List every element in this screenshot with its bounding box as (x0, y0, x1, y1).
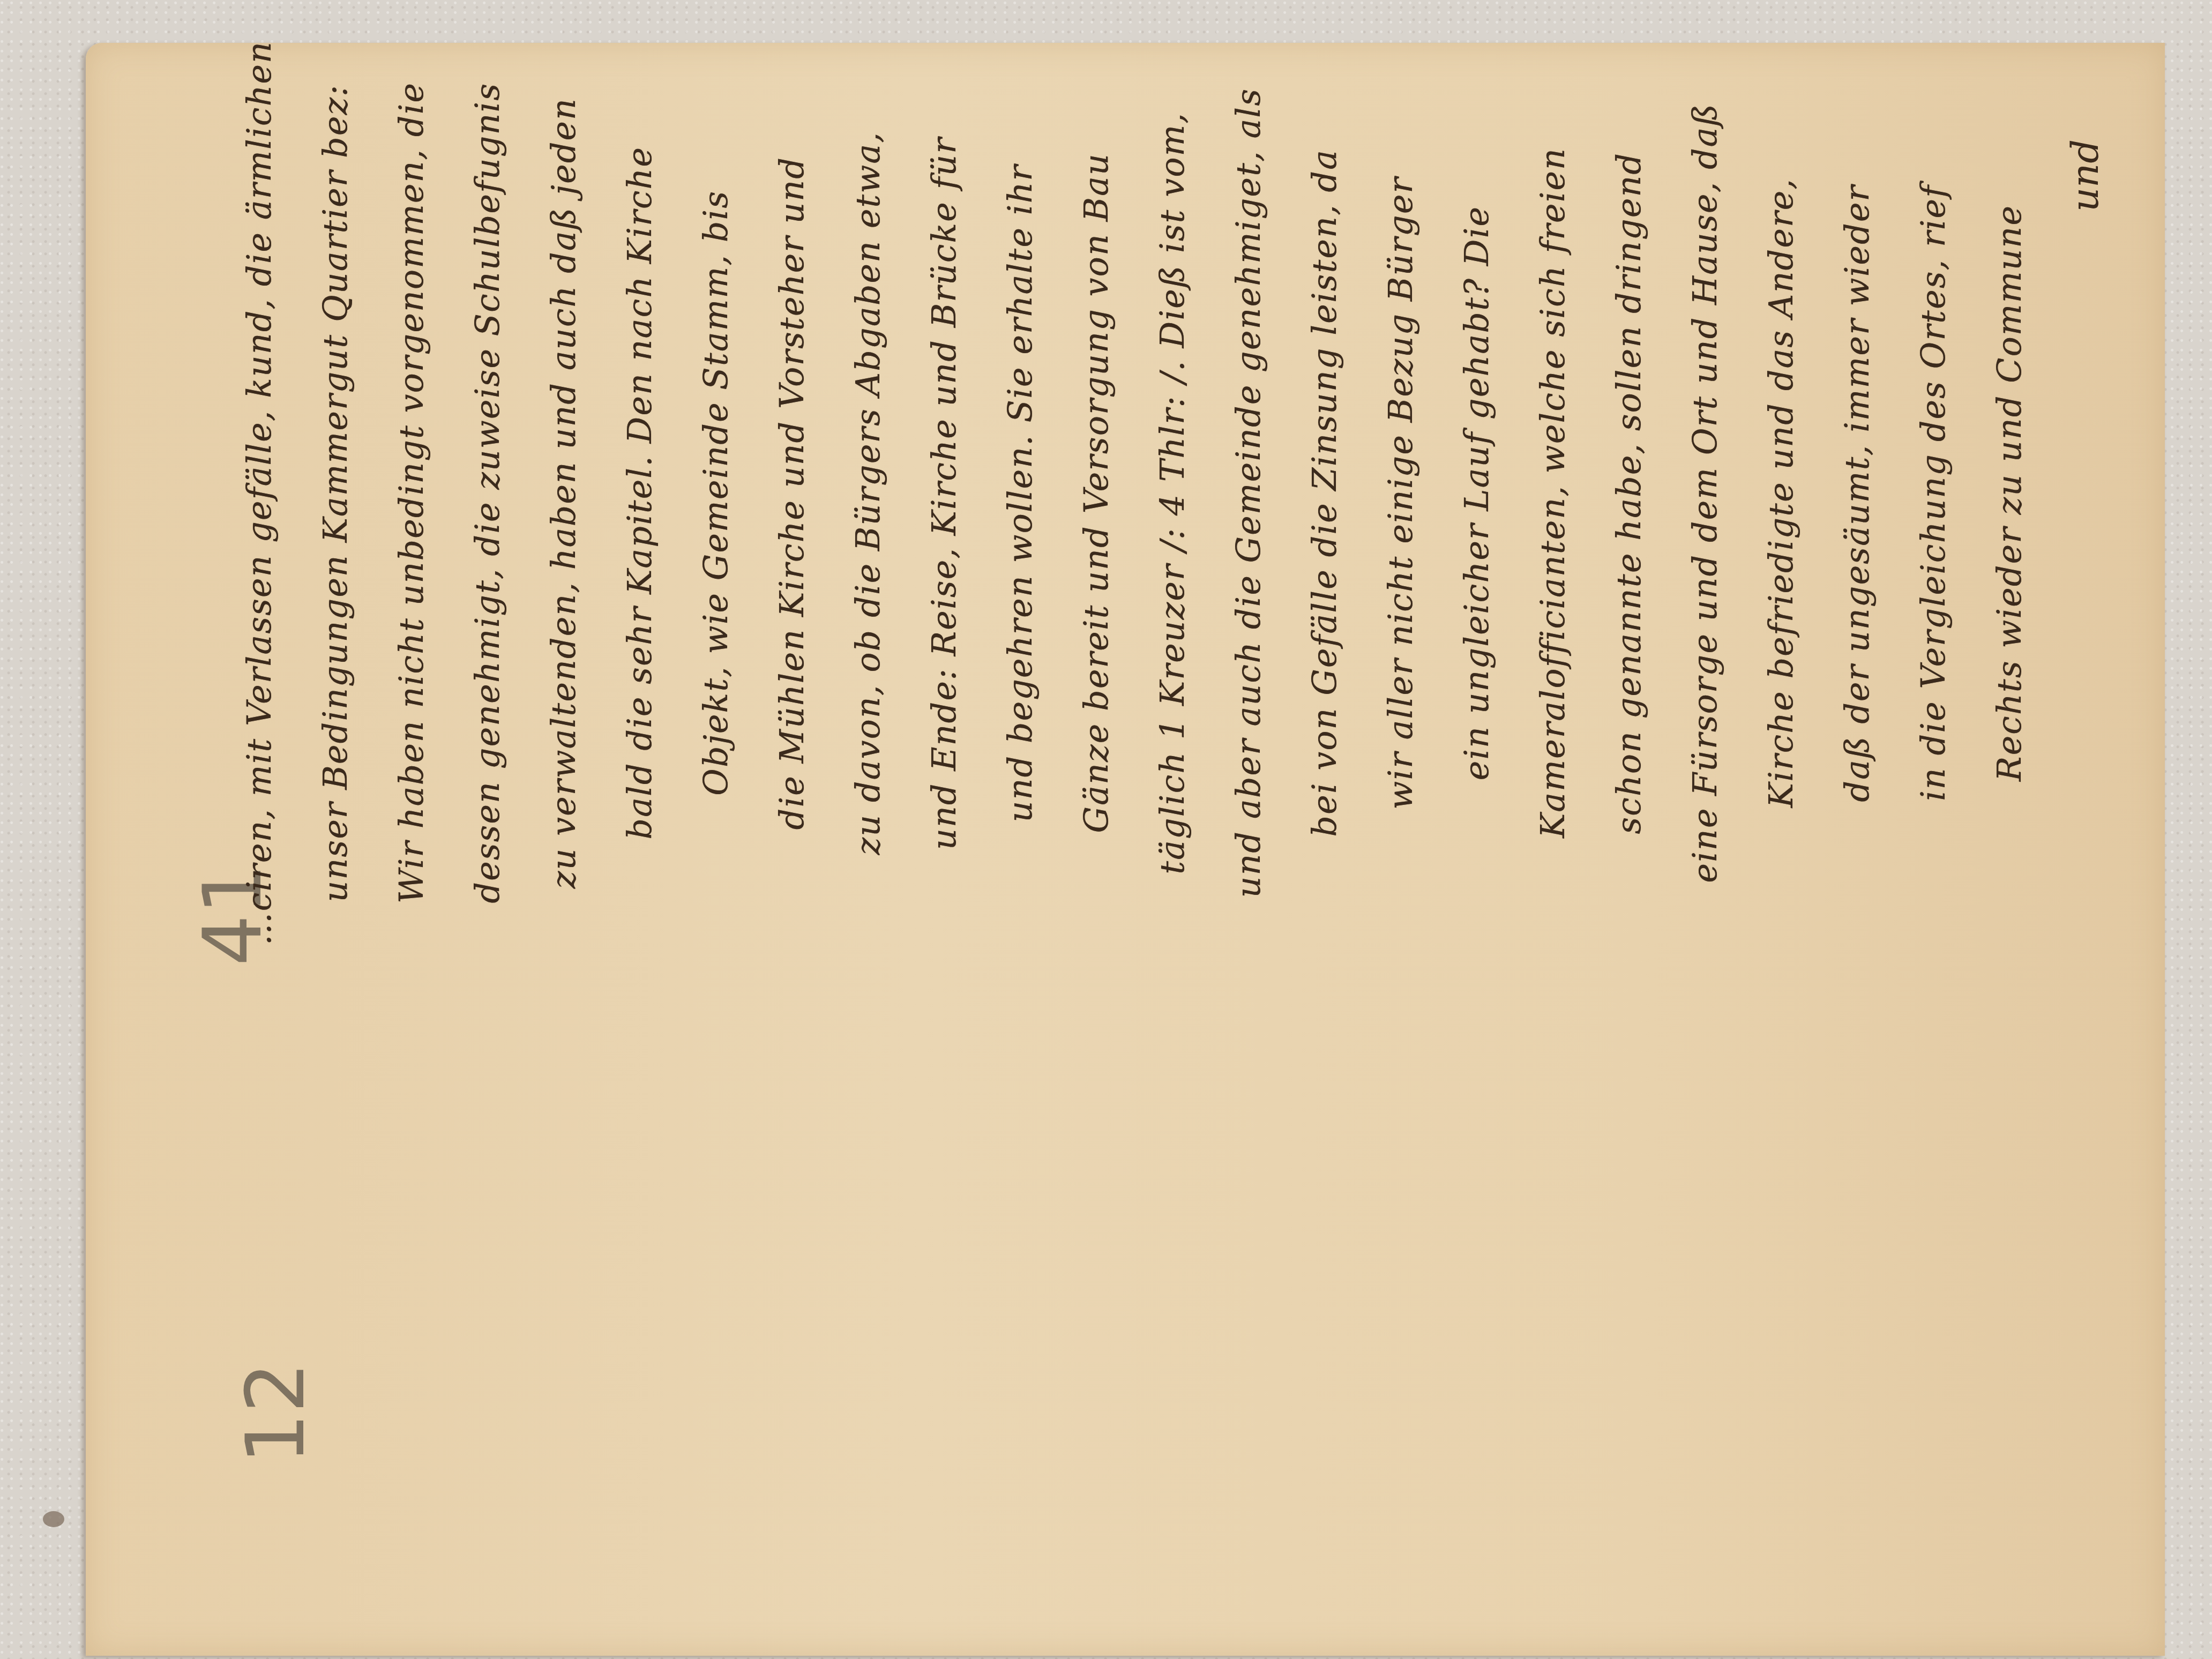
manuscript-line: in die Vergleichung des Ortes, rief (1904, 64, 1953, 922)
manuscript-line-text: wir aller nicht einige Bezug Bürger (1381, 176, 1420, 810)
manuscript-line: schon genannte habe, sollen dringend (1600, 64, 1648, 922)
manuscript-line: Kameralofficianten, welche sich freien (1524, 64, 1572, 922)
manuscript-line: und begehren wollen. Sie erhalte ihr (991, 64, 1040, 922)
manuscript-line-text: täglich 1 Kreuzer /: 4 Thlr: /. Dieß ist… (1153, 112, 1192, 875)
manuscript-line: und Ende: Reise, Kirche und Brücke für (915, 64, 963, 922)
manuscript-line-text: und Ende: Reise, Kirche und Brücke für (924, 137, 963, 850)
manuscript-line: Gänze bereit und Versorgung von Bau (1067, 64, 1116, 922)
manuscript-line-text: daß der ungesäumt, immer wieder (1837, 184, 1877, 802)
manuscript-line: dessen genehmigt, die zuweise Schulbefug… (459, 64, 507, 922)
manuscript-line-text: zu davon, ob die Bürgers Abgaben etwa, (848, 131, 887, 855)
manuscript-line: bei von Gefälle die Zinsung leisten, da (1296, 64, 1344, 922)
manuscript-line-text: dessen genehmigt, die zuweise Schulbefug… (468, 83, 507, 903)
manuscript-line: die Mühlen Kirche und Vorsteher und (763, 64, 811, 922)
manuscript-line-text: Kameralofficianten, welche sich freien (1533, 147, 1572, 838)
manuscript-line-text: unser Bedingungen Kammergut Quartier bez… (316, 84, 355, 902)
manuscript-line: Rechts wieder zu und Commune (1981, 64, 2029, 922)
manuscript-line-text: …ciren, mit Verlassen gefälle, kund, die… (240, 41, 279, 945)
manuscript-line-text: schon genannte habe, sollen dringend (1609, 152, 1648, 834)
manuscript-line: und aber auch die Gemeinde genehmiget, a… (1220, 64, 1268, 922)
manuscript-line-text: zu verwaltenden, haben und auch daß jede… (544, 98, 583, 888)
manuscript-line-text: und aber auch die Gemeinde genehmiget, a… (1229, 88, 1268, 898)
manuscript-line-text: Kirche befriedigte und das Andere, (1761, 178, 1800, 808)
manuscript-line-text: in die Vergleichung des Ortes, rief (1914, 184, 1953, 801)
manuscript-line: zu verwaltenden, haben und auch daß jede… (535, 64, 583, 922)
manuscript-line: Wir haben nicht unbedingt vorgenommen, d… (383, 64, 431, 922)
manuscript-line: unser Bedingungen Kammergut Quartier bez… (307, 64, 355, 922)
manuscript-line-text: Wir haben nicht unbedingt vorgenommen, d… (392, 82, 431, 903)
manuscript-line: täglich 1 Kreuzer /: 4 Thlr: /. Dieß ist… (1144, 64, 1192, 922)
manuscript-line-text: ein ungleicher Lauf gehabt? Die (1457, 206, 1496, 781)
manuscript-line: …ciren, mit Verlassen gefälle, kund, die… (230, 64, 279, 922)
manuscript-line-text: bei von Gefälle die Zinsung leisten, da (1305, 149, 1344, 837)
manuscript-line-text: Objekt, wie Gemeinde Stamm, bis (696, 190, 735, 796)
manuscript-line-text: Rechts wieder zu und Commune (1990, 205, 2029, 781)
manuscript-line: wir aller nicht einige Bezug Bürger (1372, 64, 1420, 922)
manuscript-line-text: und begehren wollen. Sie erhalte ihr (1000, 164, 1040, 822)
manuscript-line-text: eine Fürsorge und dem Ort und Hause, daß (1685, 103, 1724, 883)
manuscript-line: Objekt, wie Gemeinde Stamm, bis (687, 64, 735, 922)
manuscript-line-text: Gänze bereit und Versorgung von Bau (1077, 153, 1116, 833)
manuscript-line: Kirche befriedigte und das Andere, (1752, 64, 1800, 922)
manuscript-line: ein ungleicher Lauf gehabt? Die (1448, 64, 1496, 922)
manuscript-line: daß der ungesäumt, immer wieder (1828, 64, 1877, 922)
manuscript-line-text: die Mühlen Kirche und Vorsteher und (772, 156, 811, 830)
manuscript-line: eine Fürsorge und dem Ort und Hause, daß (1676, 64, 1724, 922)
manuscript-line-text: bald die sehr Kapitel. Den nach Kirche (620, 146, 659, 840)
catchword: und (2063, 139, 2107, 212)
ink-stain (43, 1511, 64, 1527)
manuscript-line: bald die sehr Kapitel. Den nach Kirche (611, 64, 659, 922)
handwritten-lines: …ciren, mit Verlassen gefälle, kund, die… (230, 43, 2106, 1656)
manuscript-line: zu davon, ob die Bürgers Abgaben etwa, (839, 64, 887, 922)
manuscript-page: 41 12 …ciren, mit Verlassen gefälle, kun… (86, 43, 2165, 1656)
